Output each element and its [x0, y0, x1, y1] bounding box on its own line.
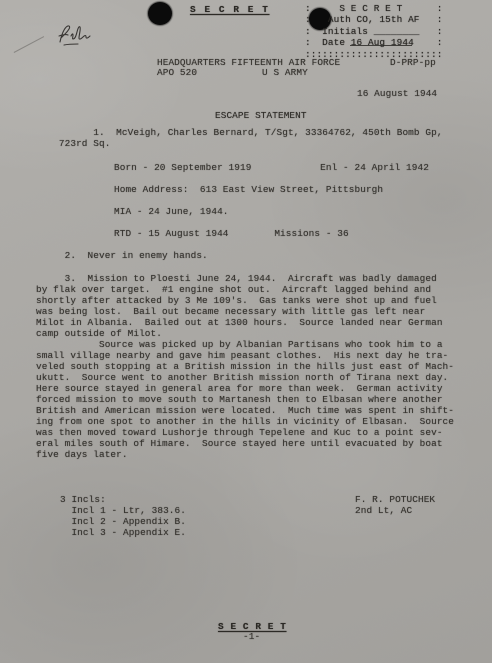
office-code: D-PRP-pp	[390, 57, 436, 68]
hole-punch	[148, 2, 172, 25]
pencil-mark	[14, 36, 45, 53]
handwritten-note	[52, 22, 96, 52]
paragraph-2-enemy-hands: 2. Never in enemy hands.	[36, 250, 208, 261]
classification-stamp: :::::::::::::::::::::::: : S E C R E T :…	[305, 0, 442, 60]
classification-top: S E C R E T	[190, 4, 270, 15]
stamp-date-underline	[350, 45, 412, 46]
page-number: -1-	[243, 631, 260, 642]
letterhead-apo: APO 520	[157, 67, 197, 78]
paragraph-3-mission-narrative: 3. Mission to Ploesti June 24, 1944. Air…	[36, 273, 454, 460]
signature-name: F. R. POTUCHEK	[355, 494, 435, 505]
document-title: ESCAPE STATEMENT	[215, 110, 307, 121]
document-date: 16 August 1944	[357, 88, 437, 99]
scanned-document-page: S E C R E T :::::::::::::::::::::::: : S…	[0, 0, 492, 663]
signature-title: 2nd Lt, AC	[355, 505, 412, 516]
service-details: Born - 20 September 1919 Enl - 24 April …	[114, 162, 429, 239]
paragraph-1-identity: 1. McVeigh, Charles Bernard, T/Sgt, 3336…	[36, 127, 443, 149]
letterhead-army: U S ARMY	[262, 67, 308, 78]
enclosure-list: 3 Incls: Incl 1 - Ltr, 383.6. Incl 2 - A…	[60, 494, 186, 538]
